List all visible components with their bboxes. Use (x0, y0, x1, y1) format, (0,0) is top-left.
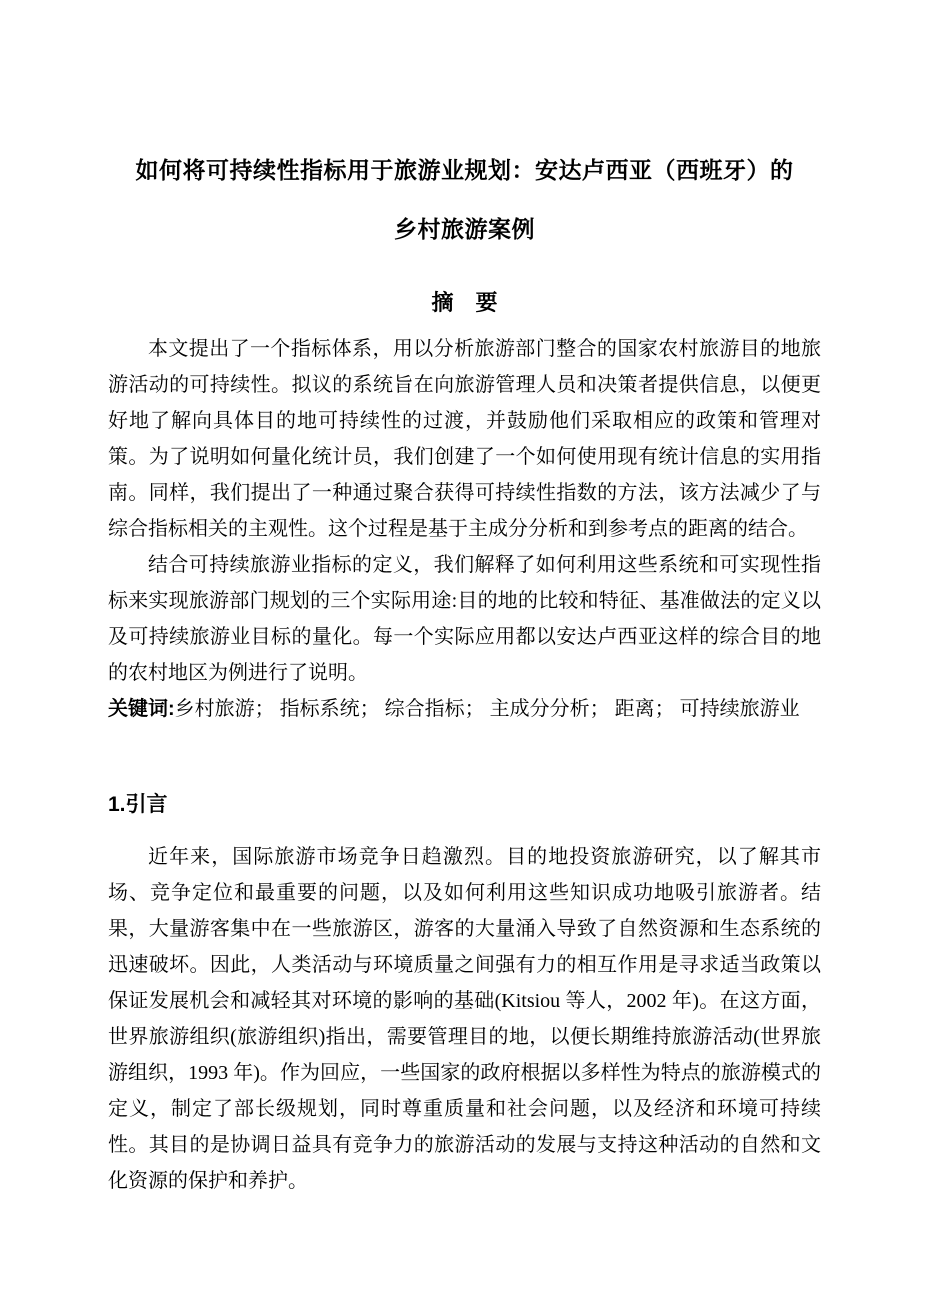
document-page: 如何将可持续性指标用于旅游业规划：安达卢西亚（西班牙）的乡村旅游案例 摘 要 本… (0, 0, 926, 1309)
page-title: 如何将可持续性指标用于旅游业规划：安达卢西亚（西班牙）的乡村旅游案例 (135, 141, 795, 259)
section-heading-introduction: 1.引言 (108, 791, 821, 819)
abstract-heading: 摘 要 (108, 289, 821, 317)
introduction-paragraph-1: 近年来，国际旅游市场竞争日趋激烈。目的地投资旅游研究，以了解其市场、竞争定位和最… (108, 839, 821, 1199)
abstract-paragraph-1: 本文提出了一个指标体系，用以分析旅游部门整合的国家农村旅游目的地旅游活动的可持续… (108, 331, 821, 547)
keywords-line: 关键词:乡村旅游； 指标系统； 综合指标； 主成分分析； 距离； 可持续旅游业 (108, 691, 821, 727)
keywords-text: 乡村旅游； 指标系统； 综合指标； 主成分分析； 距离； 可持续旅游业 (175, 698, 800, 720)
abstract-paragraph-2: 结合可持续旅游业指标的定义，我们解释了如何利用这些系统和可实现性指标来实现旅游部… (108, 547, 821, 691)
keywords-label: 关键词: (108, 698, 175, 720)
